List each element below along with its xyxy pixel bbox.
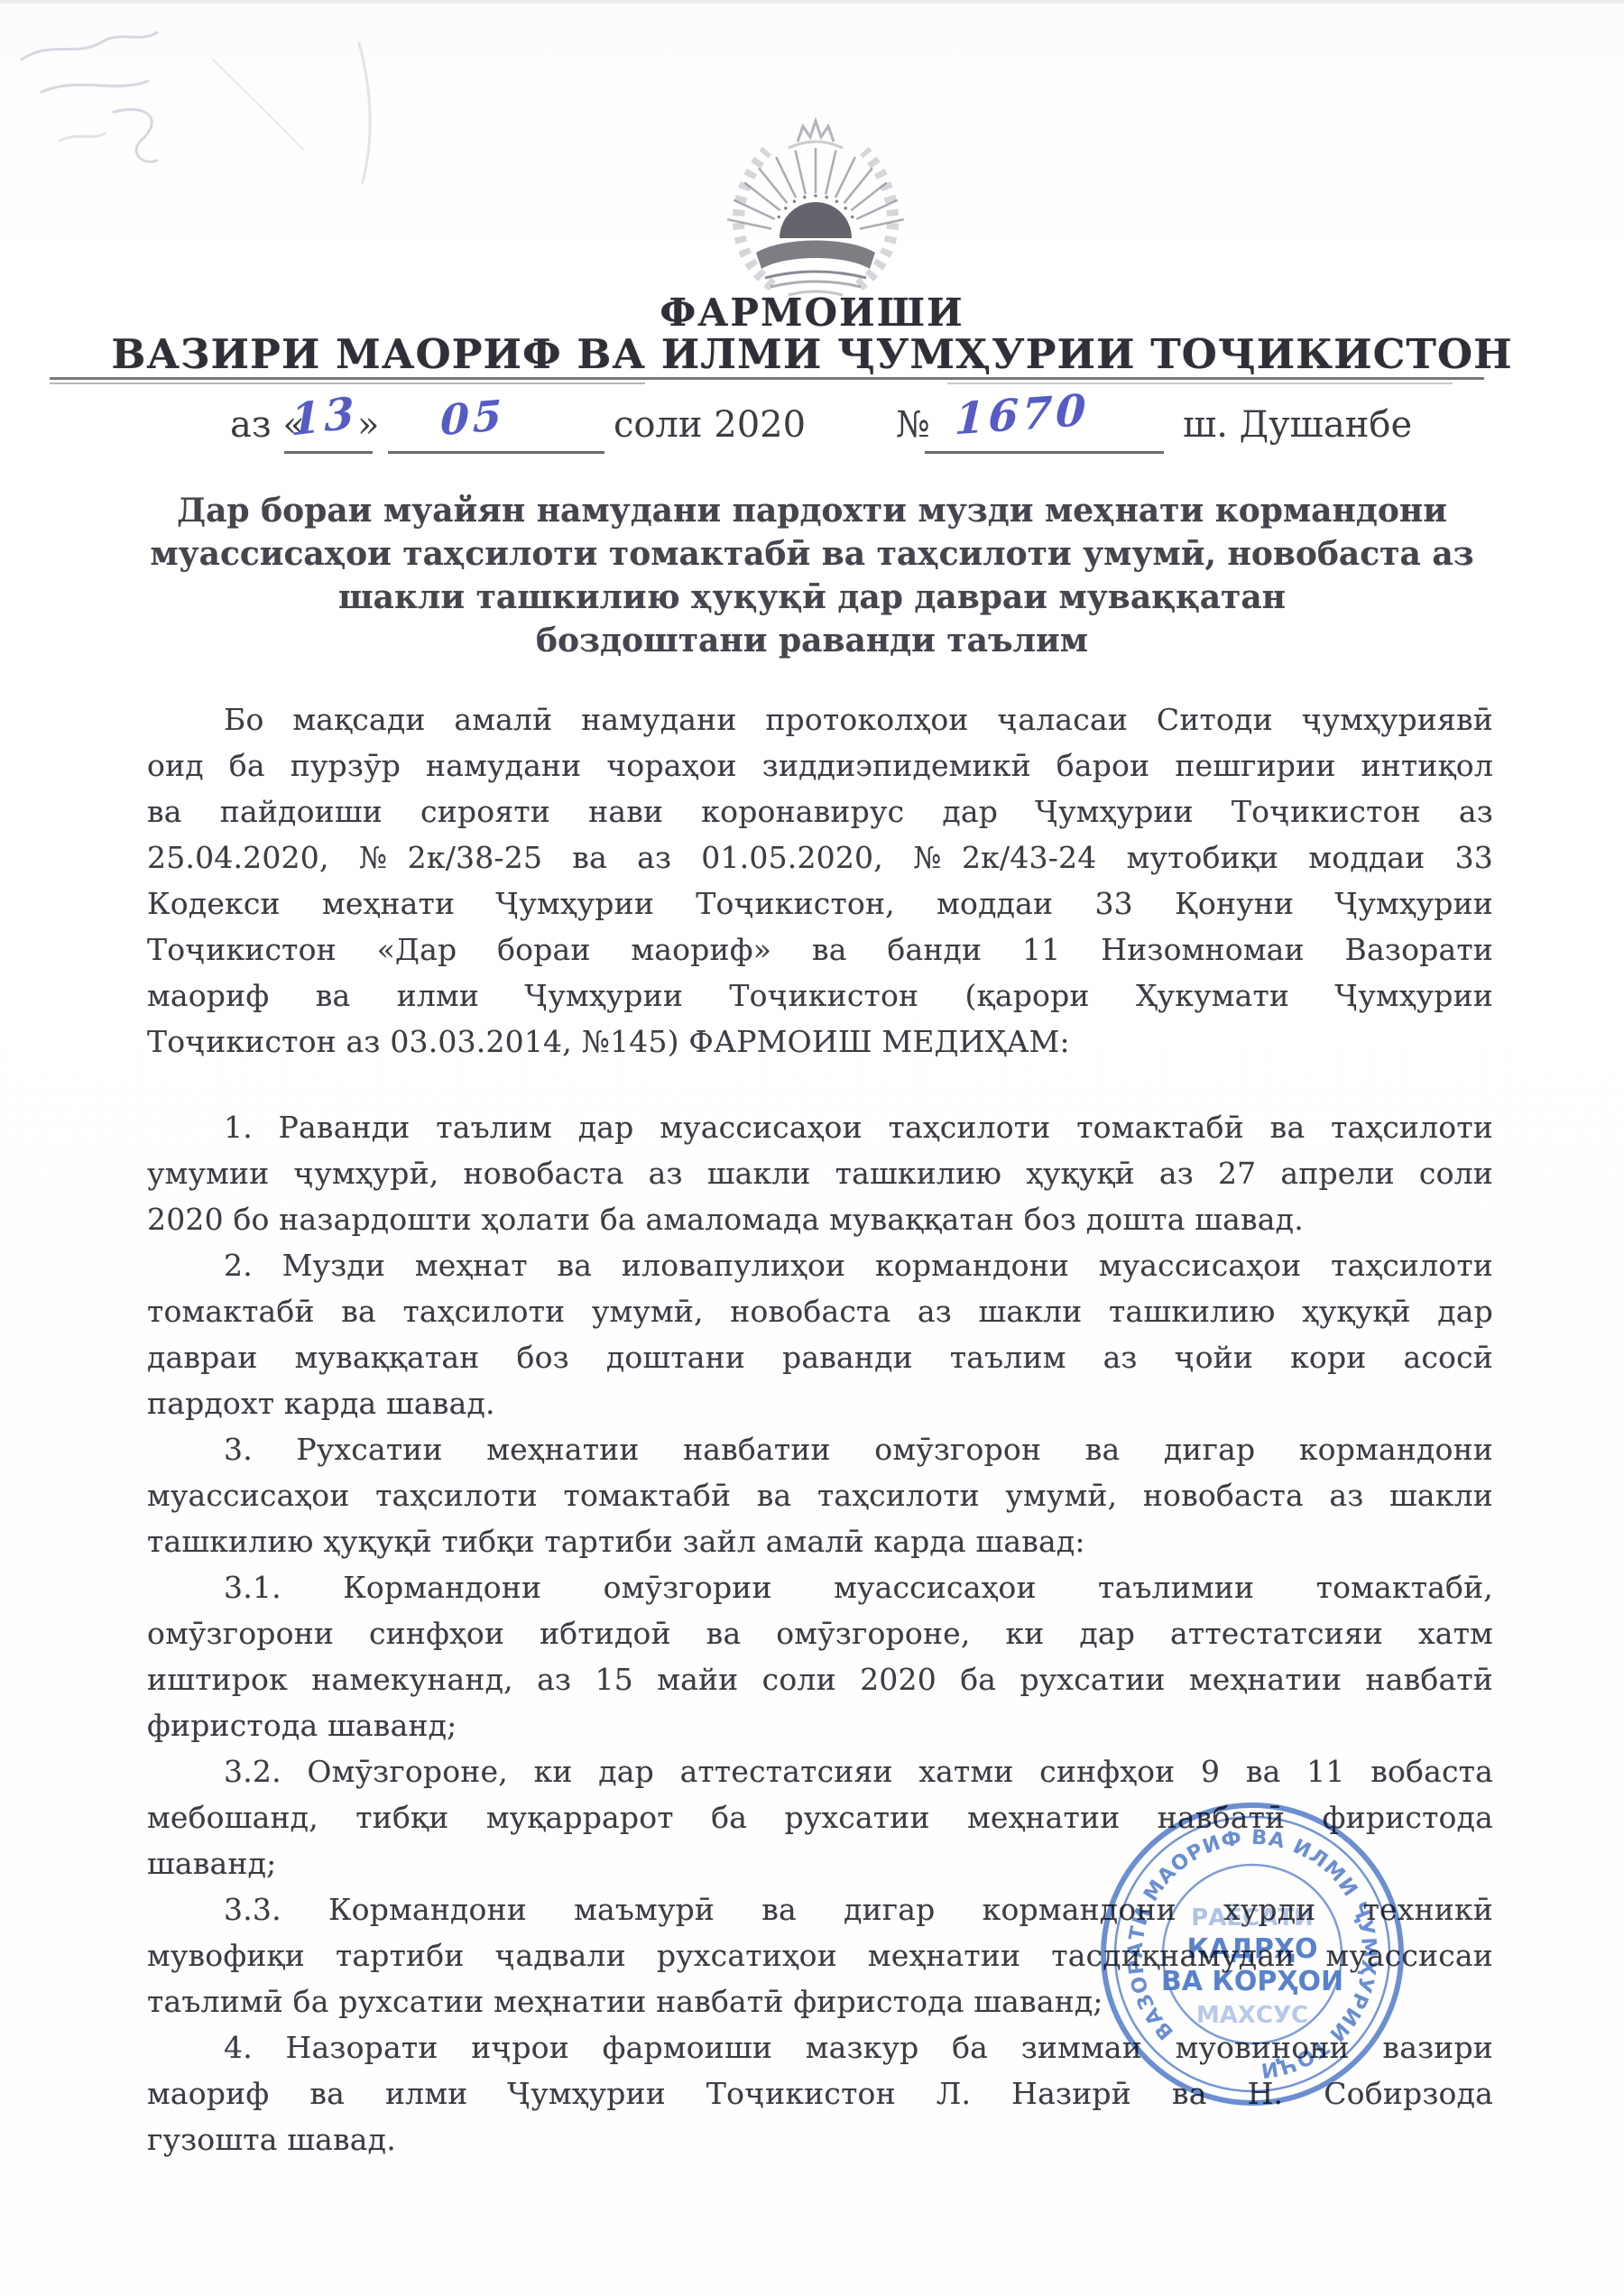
stamp-center-text: РАЁСАТИ КАДРҲО ВА КОРҲОИ МАХСУС — [1161, 1903, 1343, 2029]
svg-text:КАДРҲО: КАДРҲО — [1186, 1933, 1317, 1965]
pencil-scribble — [5, 5, 429, 213]
order-item-line: 3.2. Омӯзгороне, ки дар аттестатсияи хат… — [147, 1748, 1493, 1794]
order-subject: Дар бораи муайян намудани пардохти музди… — [0, 489, 1624, 662]
order-item-line: 2020 бо назардошти ҳолати ба амаломада м… — [147, 1196, 1493, 1242]
order-item-line: 1. Раванди таълим дар муассисаҳои таҳсил… — [147, 1104, 1493, 1150]
order-item-line: омӯзгорони синфҳои ибтидоӣ ва омӯзгороне… — [147, 1610, 1493, 1656]
preamble-line: Тоҷикистон «Дар бораи маориф» ва банди 1… — [147, 927, 1493, 973]
order-item-line: 3. Рухсатии меҳнатии навбатии омӯзгорон … — [147, 1426, 1493, 1472]
ministry-title: ВАЗИРИ МАОРИФ ВА ИЛМИ ҶУМҲУРИИ ТОҶИКИСТО… — [0, 330, 1624, 378]
order-item-line: умумии ҷумҳурӣ, новобаста аз шакли ташки… — [147, 1150, 1493, 1196]
preamble-line: оид ба пурзӯр намудани чораҳои зиддиэпид… — [147, 742, 1493, 788]
close-quote-label: » — [357, 404, 379, 446]
paragraph-gap — [147, 1065, 1493, 1104]
order-item-line: фиристода шаванд; — [147, 1702, 1493, 1748]
preamble-line: Бо мақсади амалӣ намудани протоколҳои ҷа… — [147, 696, 1493, 742]
order-item-line: иштирок намекунанд, аз 15 майи соли 2020… — [147, 1656, 1493, 1702]
city-label: ш. Душанбе — [1183, 404, 1412, 446]
order-item-line: пардохт карда шавад. — [147, 1380, 1493, 1426]
preamble-line: Кодекси меҳнати Ҷумҳурии Тоҷикистон, мод… — [147, 881, 1493, 927]
title-underline-ghost-right — [947, 383, 1453, 384]
order-title: ФАРМОИШИ — [0, 290, 1624, 335]
handwritten-day: 13 — [291, 387, 358, 446]
state-emblem-graphic — [702, 101, 929, 301]
subject-line: шакли ташкилию ҳуқуқӣ дар давраи муваққа… — [0, 576, 1624, 619]
date-number-row: аз « 13 » 05 соли 2020 № 1670 ш. Душанбе — [0, 397, 1624, 469]
order-item-line: муассисаҳои таҳсилоти томактабӣ ва таҳси… — [147, 1472, 1493, 1518]
order-item-line: ташкилию ҳуқуқӣ тибқи тартиби зайл амалӣ… — [147, 1518, 1493, 1564]
document-page: ФАРМОИШИ ВАЗИРИ МАОРИФ ВА ИЛМИ ҶУМҲУРИИ … — [0, 0, 1624, 2296]
subject-line: Дар бораи муайян намудани пардохти музди… — [0, 489, 1624, 532]
order-item-line: гузошта шавад. — [147, 2116, 1493, 2162]
handwritten-number: 1670 — [954, 385, 1090, 446]
order-item-line: томактабӣ ва таҳсилоти умумӣ, новобаста … — [147, 1288, 1493, 1334]
subject-line: боздоштани раванди таълим — [0, 619, 1624, 662]
number-sign-label: № — [896, 404, 930, 446]
title-underline — [50, 377, 1484, 380]
order-item-line: 3.1. Кормандони омӯзгории муассисаҳои та… — [147, 1564, 1493, 1610]
day-underline — [284, 451, 373, 454]
number-underline — [925, 451, 1164, 454]
year-label: соли 2020 — [614, 404, 806, 446]
preamble-line: Тоҷикистон аз 03.03.2014, №145) ФАРМОИШ … — [147, 1019, 1493, 1065]
svg-text:ВА КОРҲОИ: ВА КОРҲОИ — [1161, 1966, 1343, 1997]
month-underline — [388, 451, 604, 454]
preamble-line: ва пайдоиши сирояти нави коронавирус дар… — [147, 788, 1493, 834]
svg-text:РАЁСАТИ: РАЁСАТИ — [1191, 1903, 1314, 1932]
ministry-stamp: ВАЗОРАТИ МАОРИФ ВА ИЛМИ ҶУМҲУРИИ ТОҶИКИС… — [1097, 1799, 1407, 2109]
subject-line: муассисаҳои таҳсилоти томактабӣ ва таҳси… — [0, 532, 1624, 576]
preamble-line: маориф ва илми Ҷумҳурии Тоҷикистон (қаро… — [147, 973, 1493, 1019]
preamble-line: 25.04.2020, №2к/38-25 ва аз 01.05.2020, … — [147, 834, 1493, 881]
handwritten-month: 05 — [440, 391, 506, 446]
order-item-line: давраи муваққатан боз доштани раванди та… — [147, 1334, 1493, 1380]
svg-text:МАХСУС: МАХСУС — [1196, 2002, 1308, 2029]
order-item-line: 2. Музди меҳнат ва иловапулиҳои кормандо… — [147, 1242, 1493, 1288]
title-underline-ghost-left — [50, 383, 645, 384]
